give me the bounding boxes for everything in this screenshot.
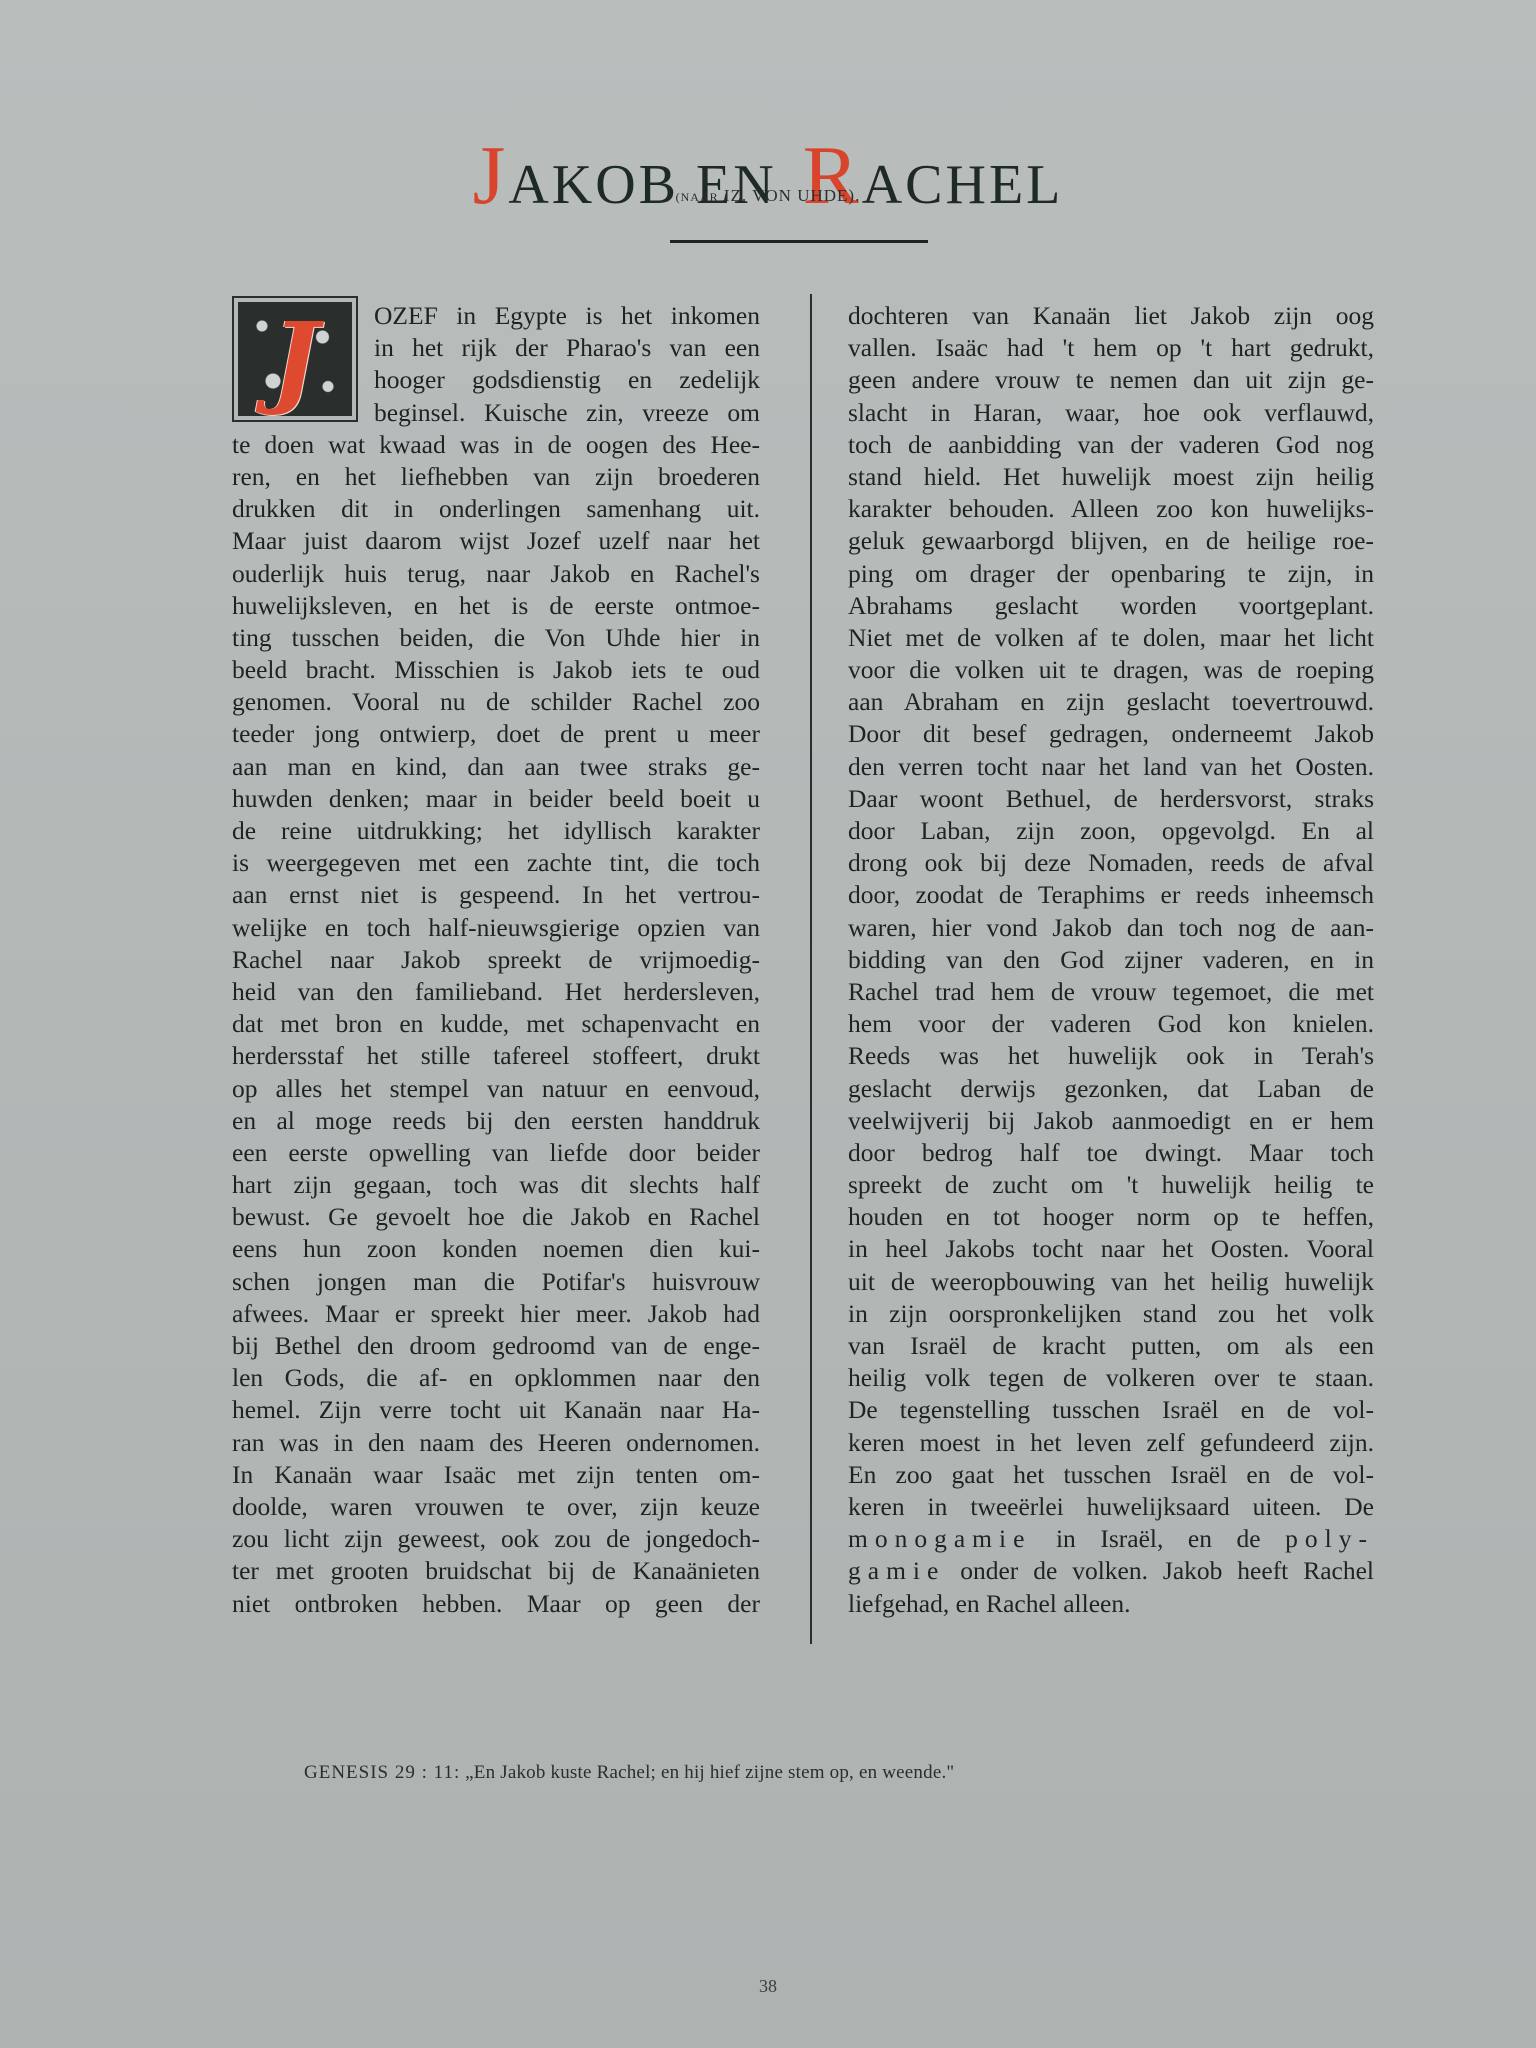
text-line: Rachel trad hem de vrouw tegemoet, die m…	[848, 976, 1374, 1008]
text-line: bidding van den God zijner vaderen, en i…	[848, 944, 1374, 976]
text-line: ter met grooten bruidschat bij de Kanaän…	[232, 1555, 760, 1587]
text-line: dochteren van Kanaän liet Jakob zijn oog	[848, 300, 1374, 332]
text-line: Door dit besef gedragen, onderneemt Jako…	[848, 718, 1374, 750]
text-line: heilig volk tegen de volkeren over te st…	[848, 1362, 1374, 1394]
text-line: Rachel naar Jakob spreekt de vrijmoedig-	[232, 944, 760, 976]
text-line: spreekt de zucht om 't huwelijk heilig t…	[848, 1169, 1374, 1201]
text-line: drong ook bij deze Nomaden, reeds de afv…	[848, 847, 1374, 879]
text-line: vallen. Isaäc had 't hem op 't hart gedr…	[848, 332, 1374, 364]
text-line: huwelijksleven, en het is de eerste ontm…	[232, 590, 760, 622]
text-line: aan man en kind, dan aan twee straks ge-	[232, 751, 760, 783]
text-line: door Laban, zijn zoon, opgevolgd. En al	[848, 815, 1374, 847]
text-line: ting tusschen beiden, die Von Uhde hier …	[232, 622, 760, 654]
text-line: ouderlijk huis terug, naar Jakob en Rach…	[232, 558, 760, 590]
text-line: geluk gewaarborgd blijven, en de heilige…	[848, 525, 1374, 557]
text-line: aan ernst niet is gespeend. In het vertr…	[232, 879, 760, 911]
text-line: uit de weeropbouwing van het heilig huwe…	[848, 1266, 1374, 1298]
text-line: beginsel. Kuische zin, vreeze om	[232, 397, 760, 429]
text-line: drukken dit in onderlingen samenhang uit…	[232, 493, 760, 525]
text-line: houden en tot hooger norm op te heffen,	[848, 1201, 1374, 1233]
text-line: keren moest in het leven zelf gefundeerd…	[848, 1427, 1374, 1459]
title-divider	[670, 240, 928, 243]
title-initial-j: J	[473, 129, 509, 222]
text-line: welijke en toch half-nieuwsgierige opzie…	[232, 912, 760, 944]
text-line: keren in tweeërlei huwelijksaard uiteen.…	[848, 1491, 1374, 1523]
text-line: Daar woont Bethuel, de herdersvorst, str…	[848, 783, 1374, 815]
scripture-caption: GENESIS 29 : 11: „En Jakob kuste Rachel;…	[304, 1762, 954, 1784]
text-line: door, zoodat de Teraphims er reeds inhee…	[848, 879, 1374, 911]
text-line: den verren tocht naar het land van het O…	[848, 751, 1374, 783]
text-line: in heel Jakobs tocht naar het Oosten. Vo…	[848, 1233, 1374, 1265]
text-line: is weergegeven met een zachte tint, die …	[232, 847, 760, 879]
text-line: geen andere vrouw te nemen dan uit zijn …	[848, 364, 1374, 396]
text-line: op alles het stempel van natuur en eenvo…	[232, 1073, 760, 1105]
text-line: karakter behouden. Alleen zoo kon huweli…	[848, 493, 1374, 525]
text-line: toch de aanbidding van der vaderen God n…	[848, 429, 1374, 461]
text-line: veelwijverij bij Jakob aanmoedigt en er …	[848, 1105, 1374, 1137]
title-initial-r: R	[803, 129, 862, 222]
emphasis-polygamie-start: poly-	[1285, 1524, 1374, 1553]
text-line: niet ontbroken hebben. Maar op geen der	[232, 1588, 760, 1620]
text-line: voor die volken uit te dragen, was de ro…	[848, 654, 1374, 686]
text-line: de reine uitdrukking; het idyllisch kara…	[232, 815, 760, 847]
caption-reference: GENESIS 29 : 11:	[304, 1762, 460, 1783]
text-fragment: in Israël, en de	[1031, 1524, 1285, 1553]
text-line: hart zijn gegaan, toch was dit slechts h…	[232, 1169, 760, 1201]
text-line: hooger godsdienstig en zedelijk	[232, 364, 760, 396]
page-number: 38	[0, 1976, 1536, 1997]
text-line: teeder jong ontwierp, doet de prent u me…	[232, 718, 760, 750]
text-line: dat met bron en kudde, met schapenvacht …	[232, 1008, 760, 1040]
text-line: En zoo gaat het tusschen Israël en de vo…	[848, 1459, 1374, 1491]
text-line: schen jongen man die Potifar's huisvrouw	[232, 1266, 760, 1298]
text-line: In Kanaän waar Isaäc met zijn tenten om-	[232, 1459, 760, 1491]
text-line: liefgehad, en Rachel alleen.	[848, 1588, 1374, 1620]
book-page: JAKOB ENRACHEL (NAAR IZ. VON UHDE). J OZ…	[0, 0, 1536, 2048]
title-text-achel: ACHEL	[862, 154, 1064, 216]
column-divider	[810, 294, 812, 1644]
text-line: afwees. Maar er spreekt hier meer. Jakob…	[232, 1298, 760, 1330]
caption-quote: „En Jakob kuste Rachel; en hij hief zijn…	[460, 1762, 954, 1783]
text-line: door bedrog half toe dwingt. Maar toch	[848, 1137, 1374, 1169]
text-line: in zijn oorspronkelijken stand zou het v…	[848, 1298, 1374, 1330]
text-line: waren, hier vond Jakob dan toch nog de a…	[848, 912, 1374, 944]
text-line: hem voor der vaderen God kon knielen.	[848, 1008, 1374, 1040]
text-line: genomen. Vooral nu de schilder Rachel zo…	[232, 686, 760, 718]
text-line: hemel. Zijn verre tocht uit Kanaän naar …	[232, 1394, 760, 1426]
text-line: zou licht zijn geweest, ook zou de jonge…	[232, 1523, 760, 1555]
emphasis-monogamie: monogamie	[848, 1524, 1031, 1553]
text-line: slacht in Haran, waar, hoe ook verflauwd…	[848, 397, 1374, 429]
text-line: eens hun zoon konden noemen dien kui-	[232, 1233, 760, 1265]
text-line: Reeds was het huwelijk ook in Terah's	[848, 1040, 1374, 1072]
left-text-column: OZEF in Egypte is het inkomenin het rijk…	[232, 300, 760, 1620]
text-line: bij Bethel den droom gedroomd van de eng…	[232, 1330, 760, 1362]
text-line: een eerste opwelling van liefde door bei…	[232, 1137, 760, 1169]
text-line: herdersstaf het stille tafereel stoffeer…	[232, 1040, 760, 1072]
text-line: te doen wat kwaad was in de oogen des He…	[232, 429, 760, 461]
text-line: en al moge reeds bij den eersten handdru…	[232, 1105, 760, 1137]
text-line: gamie onder de volken. Jakob heeft Rache…	[848, 1555, 1374, 1587]
text-line: ran was in den naam des Heeren ondernome…	[232, 1427, 760, 1459]
emphasis-polygamie-end: gamie	[848, 1556, 945, 1585]
text-line: monogamie in Israël, en de poly-	[848, 1523, 1374, 1555]
text-line: beeld bracht. Misschien is Jakob iets te…	[232, 654, 760, 686]
text-line: bewust. Ge gevoelt hoe die Jakob en Rach…	[232, 1201, 760, 1233]
subtitle-artist: IZ. VON UHDE).	[724, 186, 860, 205]
text-line: De tegenstelling tusschen Israël en de v…	[848, 1394, 1374, 1426]
page-subtitle: (NAAR IZ. VON UHDE).	[0, 186, 1536, 206]
text-line: OZEF in Egypte is het inkomen	[232, 300, 760, 332]
text-line: ping om drager der openbaring te zijn, i…	[848, 558, 1374, 590]
subtitle-prefix: (NAAR	[676, 190, 719, 204]
text-line: heid van den familieband. Het herderslev…	[232, 976, 760, 1008]
text-line: geslacht derwijs gezonken, dat Laban de	[848, 1073, 1374, 1105]
text-line: van Israël de kracht putten, om als een	[848, 1330, 1374, 1362]
text-line: len Gods, die af- en opklommen naar den	[232, 1362, 760, 1394]
text-line: doolde, waren vrouwen te over, zijn keuz…	[232, 1491, 760, 1523]
text-line: aan Abraham en zijn geslacht toevertrouw…	[848, 686, 1374, 718]
text-line: huwden denken; maar in beider beeld boei…	[232, 783, 760, 815]
text-fragment: onder de volken. Jakob heeft Rachel	[945, 1556, 1374, 1585]
text-line: in het rijk der Pharao's van een	[232, 332, 760, 364]
text-line: Niet met de volken af te dolen, maar het…	[848, 622, 1374, 654]
title-text-jakob-en: AKOB EN	[508, 154, 776, 216]
text-line: Maar juist daarom wijst Jozef uzelf naar…	[232, 525, 760, 557]
right-text-column: dochteren van Kanaän liet Jakob zijn oog…	[848, 300, 1374, 1620]
text-line: stand hield. Het huwelijk moest zijn hei…	[848, 461, 1374, 493]
text-line: Abrahams geslacht worden voortgeplant.	[848, 590, 1374, 622]
text-line: ren, en het liefhebben van zijn broedere…	[232, 461, 760, 493]
